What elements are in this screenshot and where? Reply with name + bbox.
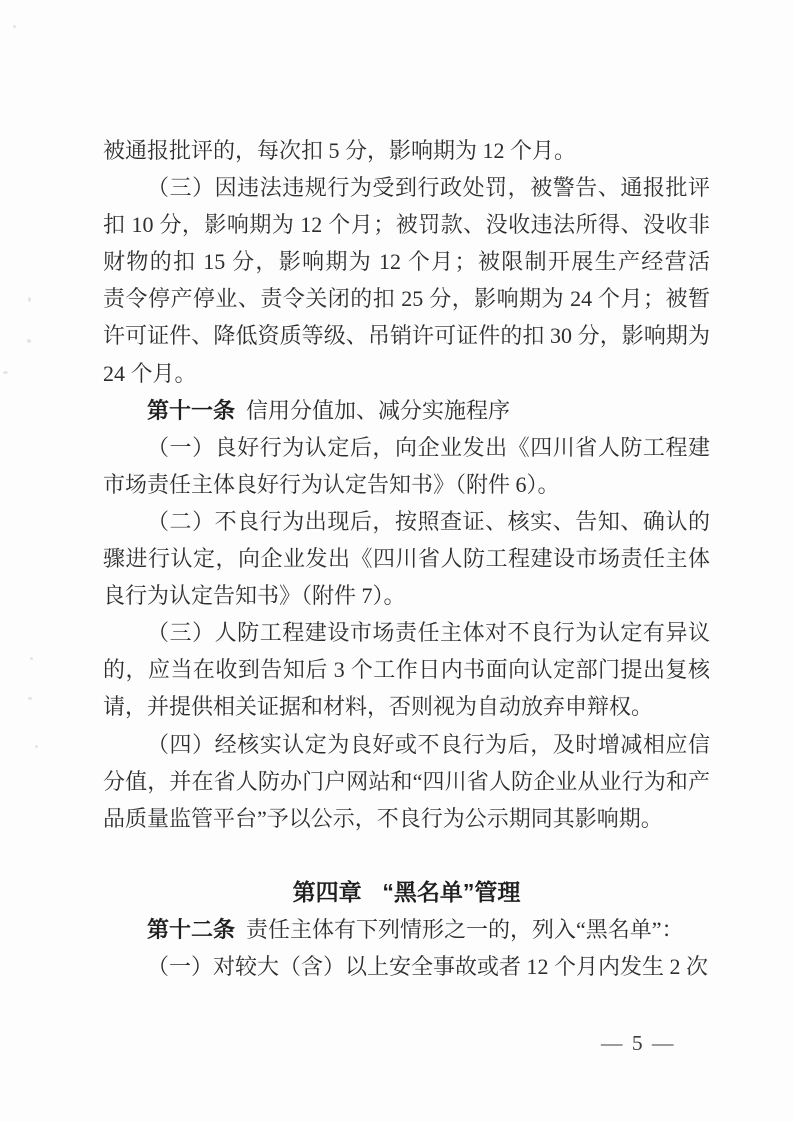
scan-speck	[28, 697, 32, 700]
body-text-line: 许可证件、降低资质等级、吊销许可证件的扣 30 分，影响期为	[103, 317, 710, 354]
scan-speck	[27, 339, 31, 343]
scan-speck	[35, 745, 38, 748]
body-text-line: 被通报批评的，每次扣 5 分，影响期为 12 个月。	[103, 132, 710, 169]
chapter-4-heading: 第四章“黑名单”管理	[103, 874, 710, 911]
article-12-label: 第十二条	[147, 917, 235, 942]
body-text-line: （四）经核实认定为良好或不良行为后，及时增减相应信用	[103, 726, 710, 763]
body-text-line: 市场责任主体良好行为认定告知书》（附件 6）。	[103, 466, 710, 503]
scan-speck	[28, 297, 31, 302]
body-text-line: 24 个月。	[103, 355, 710, 392]
scan-speck	[30, 657, 33, 660]
article-12-text: 责任主体有下列情形之一的，列入“黑名单”：	[246, 917, 684, 942]
body-text-line: 扣 10 分，影响期为 12 个月；被罚款、没收违法所得、没收非法	[103, 206, 710, 243]
blank-line	[103, 837, 710, 874]
document-text-block: 被通报批评的，每次扣 5 分，影响期为 12 个月。 （三）因违法违规行为受到行…	[103, 132, 710, 985]
article-12-line: 第十二条责任主体有下列情形之一的，列入“黑名单”：	[103, 911, 710, 948]
scan-speck	[13, 25, 16, 28]
body-text-line: 财物的扣 15 分，影响期为 12 个月；被限制开展生产经营活动、	[103, 243, 710, 280]
body-text-line: 的，应当在收到告知后 3 个工作日内书面向认定部门提出复核申	[103, 651, 710, 688]
page-number: — 5 —	[601, 1031, 676, 1056]
article-11-label: 第十一条	[147, 398, 235, 423]
scan-speck	[3, 371, 8, 374]
article-11-title: 信用分值加、减分实施程序	[246, 398, 510, 423]
body-text-line: 分值，并在省人防办门户网站和“四川省人防企业从业行为和产	[103, 763, 710, 800]
chapter-number: 第四章	[293, 879, 362, 905]
body-text-line: （三）人防工程建设市场责任主体对不良行为认定有异议	[103, 614, 710, 651]
body-text-line: （三）因违法违规行为受到行政处罚，被警告、通报批评的	[103, 169, 710, 206]
body-text-line: （一）良好行为认定后，向企业发出《四川省人防工程建设	[103, 429, 710, 466]
body-text-line: （二）不良行为出现后，按照查证、核实、告知、确认的步	[103, 503, 710, 540]
body-text-line: 请，并提供相关证据和材料，否则视为自动放弃申辩权。	[103, 688, 710, 725]
article-11-line: 第十一条信用分值加、减分实施程序	[103, 392, 710, 429]
body-text-line: 责令停产停业、责令关闭的扣 25 分，影响期为 24 个月；被暂扣	[103, 280, 710, 317]
body-text-line: 品质量监管平台”予以公示，不良行为公示期同其影响期。	[103, 800, 710, 837]
chapter-title: “黑名单”管理	[382, 879, 520, 905]
body-text-line: 骤进行认定，向企业发出《四川省人防工程建设市场责任主体不	[103, 540, 710, 577]
blacklist-item-line: （一）对较大（含）以上安全事故或者 12 个月内发生 2 次	[103, 948, 710, 985]
body-text-line: 良行为认定告知书》（附件 7）。	[103, 577, 710, 614]
